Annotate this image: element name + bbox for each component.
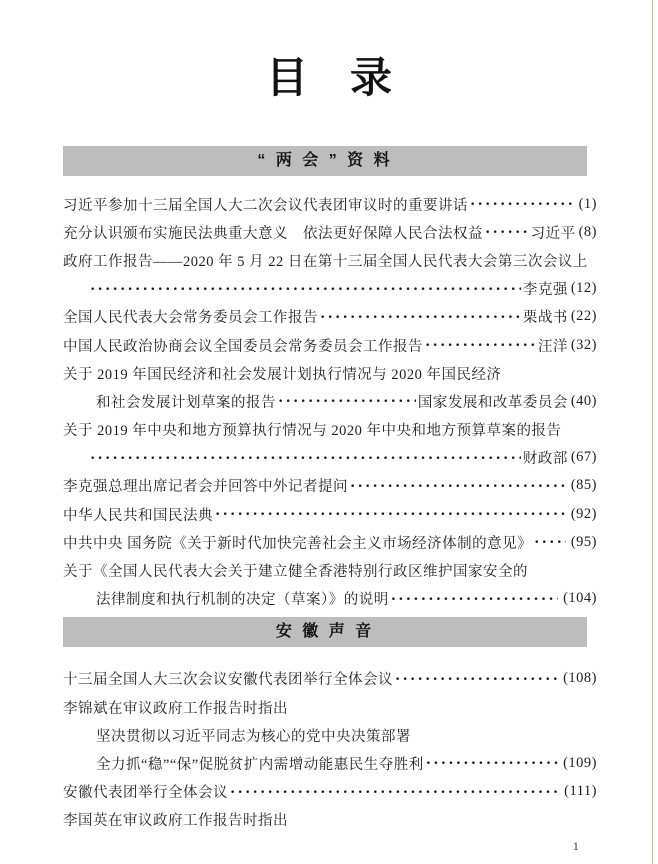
entry-page-number: (85) [568, 477, 597, 494]
entry-text: 全国人民代表大会常务委员会工作报告 [63, 306, 318, 327]
entry-page-number: (1) [576, 196, 597, 213]
entry-text: 政府工作报告——2020 年 5 月 22 日在第十三届全国人民代表大会第三次会… [63, 250, 588, 271]
entry-author: 李克强 [523, 278, 568, 299]
toc-line: 李克强总理出席记者会并回答中外记者提问(85) [63, 472, 597, 500]
entry-text: 安徽代表团举行全体会议 [63, 781, 228, 802]
section-list: 十三届全国人大三次会议安徽代表团举行全体会议(108)李锦斌在审议政府工作报告时… [63, 647, 597, 834]
entry-page-number: (109) [560, 755, 597, 772]
page: { "page": { "title": "目 录", "page_number… [0, 0, 658, 864]
dotted-leader [350, 472, 566, 500]
dotted-leader [534, 528, 566, 556]
dotted-leader [90, 275, 521, 303]
toc-line: 财政部(67) [63, 444, 597, 472]
entry-page-number: (40) [568, 393, 597, 410]
entry-text: 十三届全国人大三次会议安徽代表团举行全体会议 [63, 668, 393, 689]
toc-line: 习近平参加十三届全国人大二次会议代表团审议时的重要讲话(1) [63, 190, 597, 218]
entry-text: 李国英在审议政府工作报告时指出 [63, 809, 288, 830]
entry-page-number: (22) [568, 308, 597, 325]
toc-line: 安徽代表团举行全体会议(111) [63, 778, 597, 806]
section-banner: “ 两 会 ” 资 料 [63, 146, 587, 176]
entry-text: 中华人民共和国民法典 [63, 504, 213, 525]
entry-text: 坚决贯彻以习近平同志为核心的党中央决策部署 [96, 725, 411, 746]
dotted-leader [485, 218, 529, 246]
toc-line: 关于 2019 年中央和地方预算执行情况与 2020 年中央和地方预算草案的报告 [63, 416, 597, 444]
toc-line: 和社会发展计划草案的报告国家发展和改革委员会(40) [63, 387, 597, 415]
entry-text: 全力抓“稳”“保”促脱贫扩内需增动能惠民生夺胜利 [96, 753, 424, 774]
toc-line: 全国人民代表大会常务委员会工作报告栗战书(22) [63, 303, 597, 331]
toc-line: 李锦斌在审议政府工作报告时指出 [63, 693, 597, 721]
entry-page-number: (111) [561, 783, 597, 800]
entry-page-number: (104) [560, 590, 597, 607]
entry-author: 栗战书 [523, 306, 568, 327]
entry-page-number: (67) [568, 449, 597, 466]
entry-text: 关于《全国人民代表大会关于建立健全香港特别行政区维护国家安全的 [63, 560, 528, 581]
toc-line: 政府工作报告——2020 年 5 月 22 日在第十三届全国人民代表大会第三次会… [63, 246, 597, 274]
dotted-leader [391, 585, 558, 613]
entry-text: 充分认识颁布实施民法典重大意义 依法更好保障人民合法权益 [63, 222, 483, 243]
dotted-leader [395, 665, 558, 693]
entry-page-number: (8) [576, 224, 597, 241]
page-title: 目 录 [0, 0, 658, 104]
dotted-leader [470, 190, 574, 218]
section-list: 习近平参加十三届全国人大二次会议代表团审议时的重要讲话(1)充分认识颁布实施民法… [63, 176, 597, 613]
footer-page-number: 1 [573, 841, 579, 853]
entry-author: 习近平 [531, 222, 576, 243]
toc-line: 中华人民共和国民法典(92) [63, 500, 597, 528]
toc-line: 全力抓“稳”“保”促脱贫扩内需增动能惠民生夺胜利(109) [63, 749, 597, 777]
dotted-leader [278, 387, 416, 415]
dotted-leader [425, 331, 536, 359]
entry-page-number: (108) [560, 670, 597, 687]
toc-line: 关于《全国人民代表大会关于建立健全香港特别行政区维护国家安全的 [63, 556, 597, 584]
toc-line: 中国人民政治协商会议全国委员会常务委员会工作报告汪洋(32) [63, 331, 597, 359]
entry-text: 和社会发展计划草案的报告 [96, 391, 276, 412]
dotted-leader [215, 500, 566, 528]
entry-author: 国家发展和改革委员会 [418, 391, 568, 412]
entry-text: 法律制度和执行机制的决定（草案）》的说明 [96, 588, 389, 609]
toc-line: 十三届全国人大三次会议安徽代表团举行全体会议(108) [63, 665, 597, 693]
entry-page-number: (12) [568, 280, 597, 297]
toc-line: 充分认识颁布实施民法典重大意义 依法更好保障人民合法权益习近平(8) [63, 218, 597, 246]
entry-text: 习近平参加十三届全国人大二次会议代表团审议时的重要讲话 [63, 194, 468, 215]
entry-page-number: (32) [568, 337, 597, 354]
scan-edge-line [652, 0, 653, 864]
section-banner: 安 徽 声 音 [63, 617, 587, 647]
entry-text: 关于 2019 年国民经济和社会发展计划执行情况与 2020 年国民经济 [63, 363, 502, 384]
entry-text: 中国人民政治协商会议全国委员会常务委员会工作报告 [63, 335, 423, 356]
dotted-leader [426, 749, 558, 777]
toc-line: 法律制度和执行机制的决定（草案）》的说明(104) [63, 585, 597, 613]
entry-text: 李克强总理出席记者会并回答中外记者提问 [63, 475, 348, 496]
entry-text: 关于 2019 年中央和地方预算执行情况与 2020 年中央和地方预算草案的报告 [63, 419, 562, 440]
entry-page-number: (95) [568, 534, 597, 551]
dotted-leader [90, 444, 521, 472]
entry-author: 汪洋 [538, 335, 568, 356]
toc: “ 两 会 ” 资 料习近平参加十三届全国人大二次会议代表团审议时的重要讲话(1… [63, 146, 597, 834]
toc-line: 关于 2019 年国民经济和社会发展计划执行情况与 2020 年国民经济 [63, 359, 597, 387]
dotted-leader [230, 778, 559, 806]
toc-line: 坚决贯彻以习近平同志为核心的党中央决策部署 [63, 721, 597, 749]
toc-line: 李国英在审议政府工作报告时指出 [63, 806, 597, 834]
entry-text: 李锦斌在审议政府工作报告时指出 [63, 697, 288, 718]
entry-author: 财政部 [523, 447, 568, 468]
toc-line: 李克强(12) [63, 275, 597, 303]
toc-line: 中共中央 国务院《关于新时代加快完善社会主义市场经济体制的意见》(95) [63, 528, 597, 556]
entry-text: 中共中央 国务院《关于新时代加快完善社会主义市场经济体制的意见》 [63, 532, 532, 553]
dotted-leader [320, 303, 521, 331]
entry-page-number: (92) [568, 506, 597, 523]
